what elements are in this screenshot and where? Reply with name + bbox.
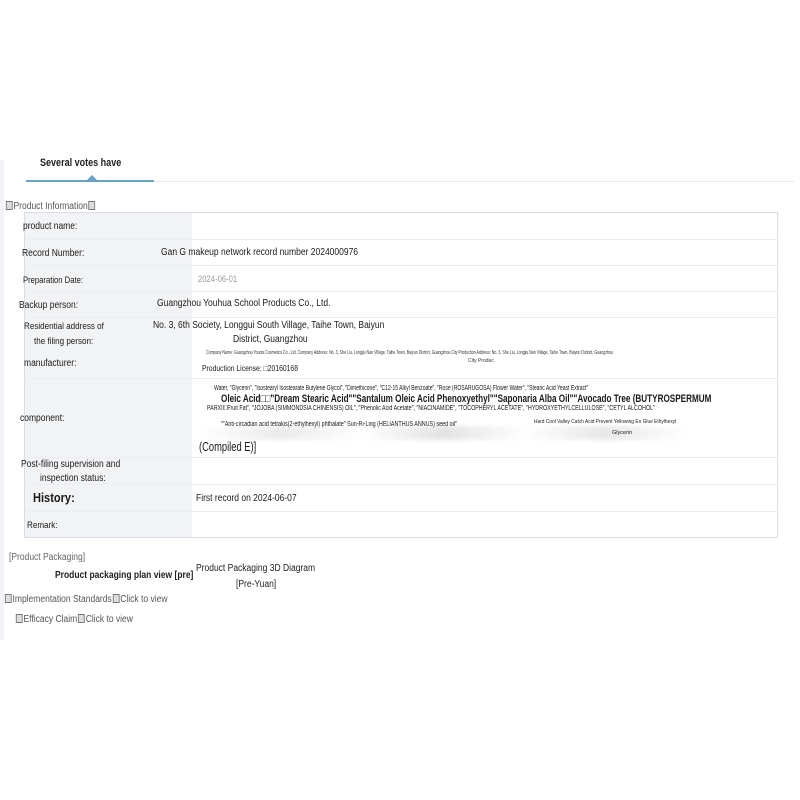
component-line-6: (Compiled E)]: [199, 439, 256, 454]
table-row-history: History: First record on 2024-06-07: [25, 485, 777, 512]
bracket-glyph-icon: [78, 614, 85, 623]
tab-active-indicator: [26, 180, 154, 182]
residential-address-label-2: the filing person:: [34, 335, 93, 349]
tab-divider: [154, 181, 794, 182]
remark-label: Remark:: [27, 519, 58, 533]
table-row-manufacturer: manufacturer: Company Name: Guangzhou Yo…: [25, 351, 777, 379]
packaging-3d-diagram-link[interactable]: Product Packaging 3D Diagram: [196, 563, 315, 574]
product-information-title: Product Information: [5, 201, 96, 212]
left-edge-strip: [0, 160, 4, 640]
blurred-overlay: [200, 426, 740, 440]
packaging-plan-view-link[interactable]: Product packaging plan view [pre]: [55, 570, 193, 581]
manufacturer-detail-2: City Produc: [468, 358, 494, 365]
component-line-2: Oleic Acid□□"Dream Stearic Acid""Santalu…: [221, 393, 711, 405]
residential-address-label-1: Residential address of: [24, 320, 104, 334]
product-name-label: product name:: [23, 220, 77, 234]
table-row-product-name: product name:: [25, 213, 777, 240]
backup-person-label: Backup person:: [19, 299, 78, 313]
tab-bar: Several votes have: [14, 155, 780, 183]
bracket-glyph-icon: [89, 201, 96, 210]
table-row-backup-person: Backup person: Guangzhou Youhua School P…: [25, 292, 777, 318]
product-info-table: product name: Record Number: Gan G makeu…: [24, 212, 778, 538]
tab-several-votes[interactable]: Several votes have: [40, 157, 121, 169]
table-row-remark: Remark:: [25, 512, 777, 538]
table-row-post-filing: Post-filing supervision and inspection s…: [25, 458, 777, 485]
implementation-standards-label: Implementation Standards: [13, 594, 112, 605]
record-number-value: Gan G makeup network record number 20240…: [161, 246, 358, 260]
efficacy-claim-row: Efficacy ClaimClick to view: [15, 614, 133, 625]
component-line-4-small: Hard Cool Valley Catch Acid Prevent Yell…: [534, 419, 676, 425]
backup-person-value: Guangzhou Youhua School Products Co., Lt…: [157, 297, 330, 311]
product-packaging-title: [Product Packaging]: [9, 552, 85, 563]
component-line-1: Water, "Glycerin", "Isostearyl Isosteara…: [214, 385, 588, 392]
manufacturer-detail-1: Company Name: Guangzhou Younis Cosmetics…: [206, 350, 613, 357]
manufacturer-label: manufacturer:: [24, 357, 76, 371]
record-number-label: Record Number:: [22, 247, 84, 261]
preparation-date-label: Preparation Date:: [23, 273, 83, 287]
table-row-record-number: Record Number: Gan G makeup network reco…: [25, 240, 777, 266]
implementation-standards-view-link[interactable]: Click to view: [120, 594, 167, 605]
efficacy-claim-label: Efficacy Claim: [24, 614, 78, 625]
table-row-component: component: Water, "Glycerin", "Isosteary…: [25, 379, 777, 458]
residential-address-value-1: No. 3, 6th Society, Longgui South Villag…: [153, 319, 384, 333]
component-line-4: ""Anti-circadian acid tetrakis(2-ethylhe…: [221, 421, 457, 428]
history-label: History:: [33, 491, 75, 505]
efficacy-claim-view-link[interactable]: Click to view: [86, 614, 133, 625]
bracket-glyph-icon: [113, 594, 120, 603]
production-license: Production License: □20160168: [202, 362, 298, 376]
table-row-preparation-date: Preparation Date: 2024-06-01: [25, 266, 777, 292]
bracket-glyph-icon: [16, 614, 23, 623]
history-value: First record on 2024-06-07: [196, 492, 297, 506]
tab-caret-icon: [87, 175, 97, 180]
component-label: component:: [20, 412, 64, 426]
component-line-5-small: Glycerin: [612, 430, 632, 436]
post-filing-label-2: inspection status:: [40, 472, 106, 486]
implementation-standards-row: Implementation StandardsClick to view: [4, 594, 167, 605]
packaging-3d-diagram-sub[interactable]: [Pre-Yuan]: [236, 579, 276, 590]
component-line-3: PARXII□Fruit Fat", "JOJOBA (SIMMONDSIA C…: [207, 405, 655, 412]
post-filing-label-1: Post-filing supervision and: [21, 458, 120, 472]
bracket-glyph-icon: [5, 594, 12, 603]
table-row-residential-address: Residential address of the filing person…: [25, 318, 777, 351]
bracket-glyph-icon: [6, 201, 13, 210]
residential-address-value-2: District, Guangzhou: [233, 333, 308, 347]
preparation-date-value: 2024-06-01: [198, 272, 237, 286]
